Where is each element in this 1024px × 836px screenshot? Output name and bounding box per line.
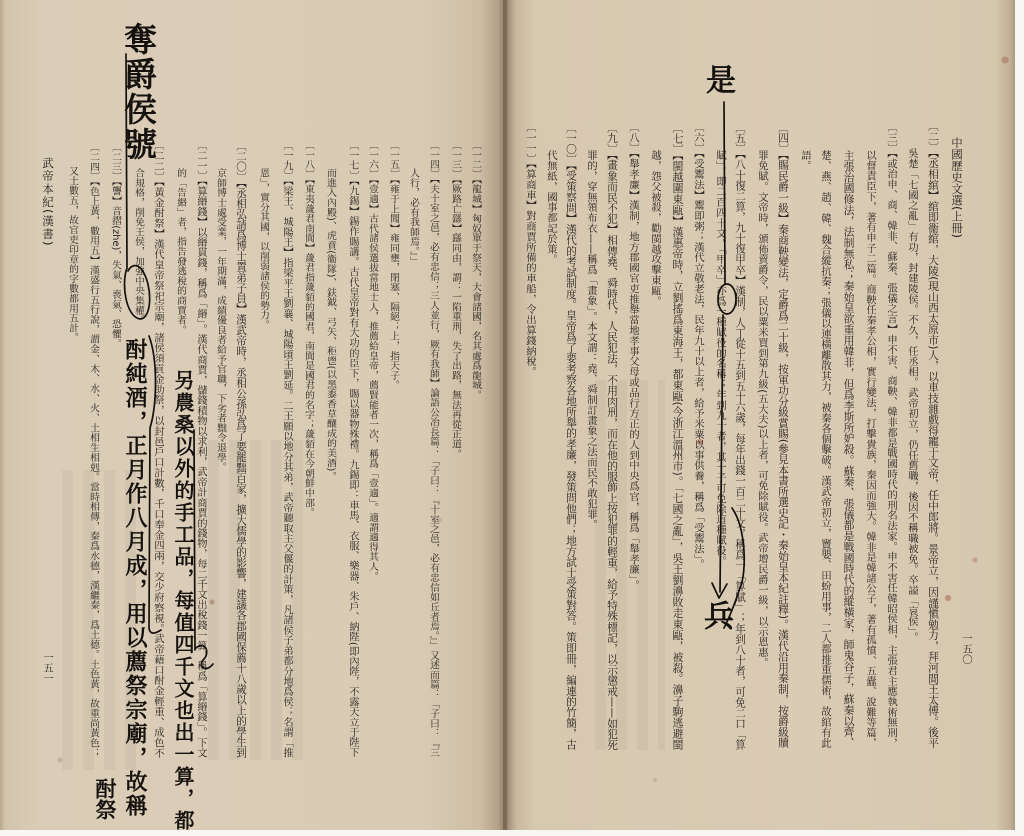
book-spread: 〔一二〕【龍城】匈奴單于祭天，大會諸國，名其處爲龍城。 〔一三〕【厥路亡繇】繇同… bbox=[0, 0, 1015, 830]
book-gutter-fold bbox=[503, 0, 507, 830]
note-entry-4-continued: 罪免賦。文帝時，頒佈賣爵令，民以粟米買到第九級(五大夫)以上者，可免除賦役。武帝… bbox=[755, 150, 769, 668]
note-entry-17: 〔一七〕【九錫】錫作賜講。古代皇帝對有大功的臣下，賜以器物殊禮。九錫即：車馬、衣… bbox=[345, 140, 359, 757]
handwritten-note-bottom: 兵 bbox=[697, 600, 733, 630]
handwritten-note-top: 奪爵侯號 bbox=[118, 22, 158, 162]
note-entry-9: 〔九〕【畫象而民不犯】相傳堯、舜時代，人民犯法，不用肉刑，而在他的服飾上按犯罪的… bbox=[605, 122, 619, 750]
note-entry-2-continued: 吳楚「七國之亂」有功，封建陵侯。不久，任丞相。武帝初立，仍任舊職，後因不稱職被免… bbox=[905, 148, 919, 642]
note-entry-21-continued: 的「告緡」者，指告發逃稅的商賈者。 bbox=[173, 168, 187, 335]
running-header: 中國歷史文選(上冊) bbox=[950, 137, 964, 238]
right-page: 中國歷史文選(上冊) 一五〇 〔二〕【丞相綰】綰即衞綰，大陵(現山西太原市)人，… bbox=[505, 0, 1015, 830]
note-entry-3-continued: 主張治國修法，法制無私；秦始皇欲重用韓非，但爲李斯所妒殺。蘇秦、張儀都是戰國時代… bbox=[841, 150, 855, 748]
note-entry-14-continued: 人行，必有我師焉。』」 bbox=[406, 168, 420, 266]
page-number: 一五〇 bbox=[960, 633, 974, 665]
note-entry-24: 〔二四〕【色上黃，數用五】漢盛行五行說，謂金、木、水、火、土相生相剋。當時相傳，… bbox=[86, 142, 100, 758]
note-entry-4: 〔四〕【賜民爵一級】秦商鞅變法，定爵爲二十級，按軍功分級賞賜(參見本書所選史記・… bbox=[776, 122, 790, 748]
running-footer: 武帝本紀(漢書) bbox=[41, 157, 55, 247]
note-entry-9-continued: 罪的，穿無領布衣——稱爲「畫象」。本文謂：堯、舜制訂畫象之法而民不敢犯罪。 bbox=[584, 150, 598, 530]
note-entry-19-continued: 恩」，實分其國，以削弱諸侯的勢力。 bbox=[256, 168, 270, 330]
handwritten-note-top: 是 bbox=[699, 64, 735, 94]
note-entry-22: 〔二二〕【黃金酎祭】漢代皇帝祭祀宗廟，諸侯須貢金助祭，以封邑戶口計數，千口奉金四… bbox=[151, 140, 165, 758]
handwritten-note-zhou-wine-tail: 酎祭 bbox=[92, 778, 118, 820]
note-entry-17-continued: 而進入內殿)、虎賁(衞隊)、鈇鉞、弓矢、秬鬯(以黑黍香草釀成的美酒)。 bbox=[323, 168, 337, 481]
note-entry-16: 〔一六〕【壹適】古代諸侯選拔當地士人，推薦給皇帝，薦賢能者一次，稱爲「壹適」。適… bbox=[365, 140, 379, 581]
note-entry-5-continued: 賦」，即二百四十文。「甲卒」亦爲一種賦役的名稱；年到九十者，其一子可免除這種賦役… bbox=[713, 150, 727, 566]
note-entry-3-continued: 楚、燕、趙、韓、魏合縱抗秦；張儀以連橫離散其力，被秦各個擊破。漢武帝初立，竇嬰、… bbox=[819, 150, 833, 748]
note-entry-10: 〔一〇〕【受策察問】漢代的考試制度。皇帝爲了要考察各地所舉的孝廉，發策問他們；地… bbox=[564, 122, 578, 750]
handwritten-note-handicraft-tax: 另農桑以外的手工品，每值四千文也出一算，都 bbox=[170, 370, 196, 830]
note-entry-10-continued: 代無紙，國事都記於策。 bbox=[544, 150, 558, 264]
note-entry-19: 〔一九〕【梁王、城陽王】指梁平王劉襄、城陽頃王劉延。二王願以地分其弟，武帝聽取主… bbox=[279, 140, 293, 758]
note-entry-15: 〔一五〕【雍于上聞】雍同壅，閉塞、隔絕；上，指天子。 bbox=[386, 140, 400, 390]
note-entry-23: 〔二三〕【讋】音摺(zhe)，失氣、喪氣、恐懼。 bbox=[108, 142, 122, 348]
note-entry-14: 〔一四〕【夫十室之邑，必有忠信；三人並行，厥有我師】論語公冶長篇：「子曰：『十室… bbox=[426, 140, 440, 757]
note-entry-12: 〔一二〕【龍城】匈奴單于祭天，大會諸國，名其處爲龍城。 bbox=[468, 140, 482, 400]
note-entry-3-continued: 語。 bbox=[798, 150, 812, 171]
note-entry-13: 〔一三〕【厥路亡繇】繇同由，謂：一陷重刑，失了出路，無法再從正道。 bbox=[448, 140, 462, 459]
note-entry-20: 〔二〇〕【丞相弘請爲博士置弟子員】漢武帝時，丞相公孫弘爲了要罷黜百家，擴大儒學的… bbox=[234, 140, 248, 758]
note-entry-20-continued: 京師博士處受業，一年期滿，成績優良者給予官職，下劣者黜令退學。 bbox=[213, 168, 227, 472]
note-entry-5: 〔五〕【八十復二算，九十復甲卒】漢制，人丁從十五到五十六歲，每年出錢一百二十文，… bbox=[733, 122, 747, 750]
note-entry-7: 〔七〕【閩越圍東甌】漢惠帝時，立劉搖爲東海王，都東甌(今浙江溫州市)。「七國之亂… bbox=[670, 122, 684, 750]
note-entry-2: 〔二〕【丞相綰】綰即衞綰，大陵(現山西太原市)人，以車技雜戲得寵于文帝，任中郎將… bbox=[926, 120, 940, 748]
handwritten-note-zhou-wine: 酎純酒，正月作八月成，用以薦祭宗廟，故稱 bbox=[121, 338, 149, 818]
note-entry-8: 〔八〕【舉孝廉】漢制，地方郡國官吏推舉當地孝事父母或品行方正的人到中央爲官，稱爲… bbox=[626, 122, 640, 590]
page-number: 一五一 bbox=[41, 652, 55, 684]
note-entry-3: 〔三〕【或治申、商、韓非、蘇秦、張儀之言】申不害、商鞅、韓非都是戰國時代的刑名法… bbox=[884, 122, 898, 748]
note-entry-11: 〔一一〕【算商車】對商賈所備的車船，令出算錢納稅。 bbox=[523, 122, 537, 377]
note-entry-22-continued: 合規格，削免王侯，加強中央集權。 bbox=[131, 168, 145, 325]
note-entry-7-continued: 越，怨父被殺，勸閩越攻擊東甌。 bbox=[648, 150, 662, 306]
note-entry-6: 〔六〕【受鬻法】鬻即粥；漢代立敬老法，民年九十以上者，給予米粟以事供養，稱爲「受… bbox=[691, 122, 705, 569]
note-entry-24-continued: 又土數五，故官吏印章的字數都用五計。 bbox=[65, 166, 79, 342]
note-entry-18: 〔一八〕【東夷薉君南閭】薉君指薉貊的國君，南閭是國君的名字；薉貊在今朝鮮中部。 bbox=[301, 140, 315, 517]
note-entry-3-continued: 以督責臣下，著有申子二篇。商鞅任秦孝公相，實行變法，打擊貴族，秦因而強大。韓非是… bbox=[863, 150, 877, 748]
left-page: 〔一二〕【龍城】匈奴單于祭天，大會諸國，名其處爲龍城。 〔一三〕【厥路亡繇】繇同… bbox=[0, 0, 505, 830]
